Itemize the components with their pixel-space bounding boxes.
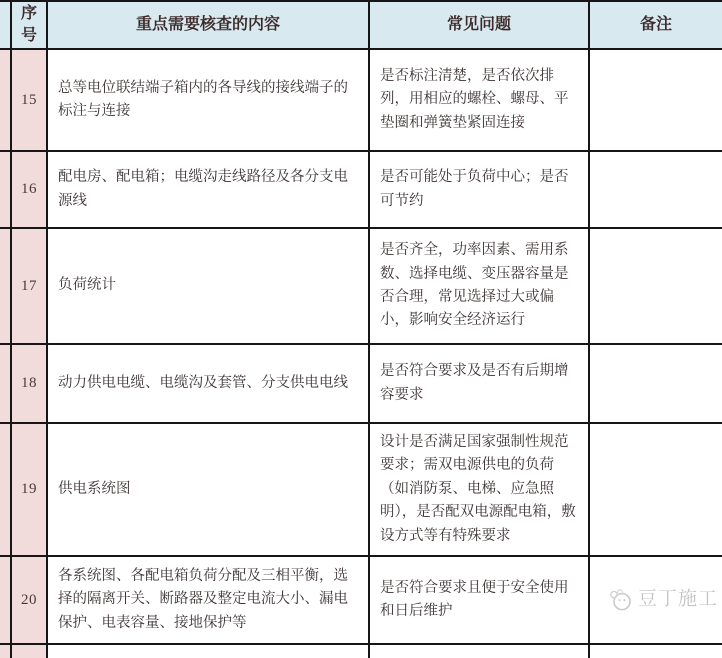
- note-cell: [590, 229, 722, 345]
- watermark-text: 豆丁施工: [638, 585, 718, 616]
- cropped-left-column: [0, 2, 12, 50]
- cropped-left-column: [0, 50, 12, 152]
- serial-cell: 20: [12, 557, 48, 645]
- note-cell: [590, 345, 722, 424]
- note-cell: [590, 50, 722, 152]
- note-cell: [590, 152, 722, 229]
- docin-watermark: 豆丁施工: [608, 585, 718, 616]
- header-cell-no: 序号: [12, 2, 48, 50]
- inspection-table: 序号 重点需要核查的内容 常见问题 备注 15 总等电位联结端子箱内的各导线的接…: [0, 2, 722, 658]
- docin-logo-icon: [608, 588, 634, 612]
- content-cell: 负荷统计: [48, 229, 370, 345]
- serial-cell: 15: [12, 50, 48, 152]
- problem-cell: 是否符合要求且便于安全使用和日后维护: [370, 557, 590, 645]
- serial-cell: 17: [12, 229, 48, 345]
- document-table-screenshot: 序号 重点需要核查的内容 常见问题 备注 15 总等电位联结端子箱内的各导线的接…: [0, 0, 722, 658]
- cropped-left-column: [0, 345, 12, 424]
- content-cell: 配电房、配电箱；电缆沟走线路径及各分支电源线: [48, 152, 370, 229]
- problem-cell: 是否齐全，功率因素、需用系数、选择电缆、变压器容量是否合理，常见选择过大或偏小，…: [370, 229, 590, 345]
- note-cell: [590, 424, 722, 557]
- cropped-left-column: [0, 152, 12, 229]
- header-cell-problem: 常见问题: [370, 2, 590, 50]
- cropped-left-column: [0, 424, 12, 557]
- serial-cell: 19: [12, 424, 48, 557]
- content-cell: [48, 645, 370, 658]
- problem-cell: 是否可能处于负荷中心；是否可节约: [370, 152, 590, 229]
- problem-cell: 是否标注清楚，是否依次排列，用相应的螺栓、螺母、平垫圈和弹簧垫紧固连接: [370, 50, 590, 152]
- note-cell: [590, 645, 722, 658]
- content-cell: 各系统图、各配电箱负荷分配及三相平衡，选择的隔离开关、断路器及整定电流大小、漏电…: [48, 557, 370, 645]
- problem-cell: 设计是否满足国家强制性规范要求；需双电源供电的负荷（如消防泵、电梯、应急照明），…: [370, 424, 590, 557]
- problem-cell: [370, 645, 590, 658]
- header-cell-content: 重点需要核查的内容: [48, 2, 370, 50]
- content-cell: 供电系统图: [48, 424, 370, 557]
- serial-cell: 18: [12, 345, 48, 424]
- content-cell: 总等电位联结端子箱内的各导线的接线端子的标注与连接: [48, 50, 370, 152]
- serial-cell: [12, 645, 48, 658]
- cropped-left-column: [0, 229, 12, 345]
- problem-cell: 是否符合要求及是否有后期增容要求: [370, 345, 590, 424]
- header-cell-note: 备注: [590, 2, 722, 50]
- note-cell: 豆丁施工: [590, 557, 722, 645]
- content-cell: 动力供电电缆、电缆沟及套管、分支供电电线: [48, 345, 370, 424]
- cropped-left-column: [0, 645, 12, 658]
- cropped-left-column: [0, 557, 12, 645]
- serial-cell: 16: [12, 152, 48, 229]
